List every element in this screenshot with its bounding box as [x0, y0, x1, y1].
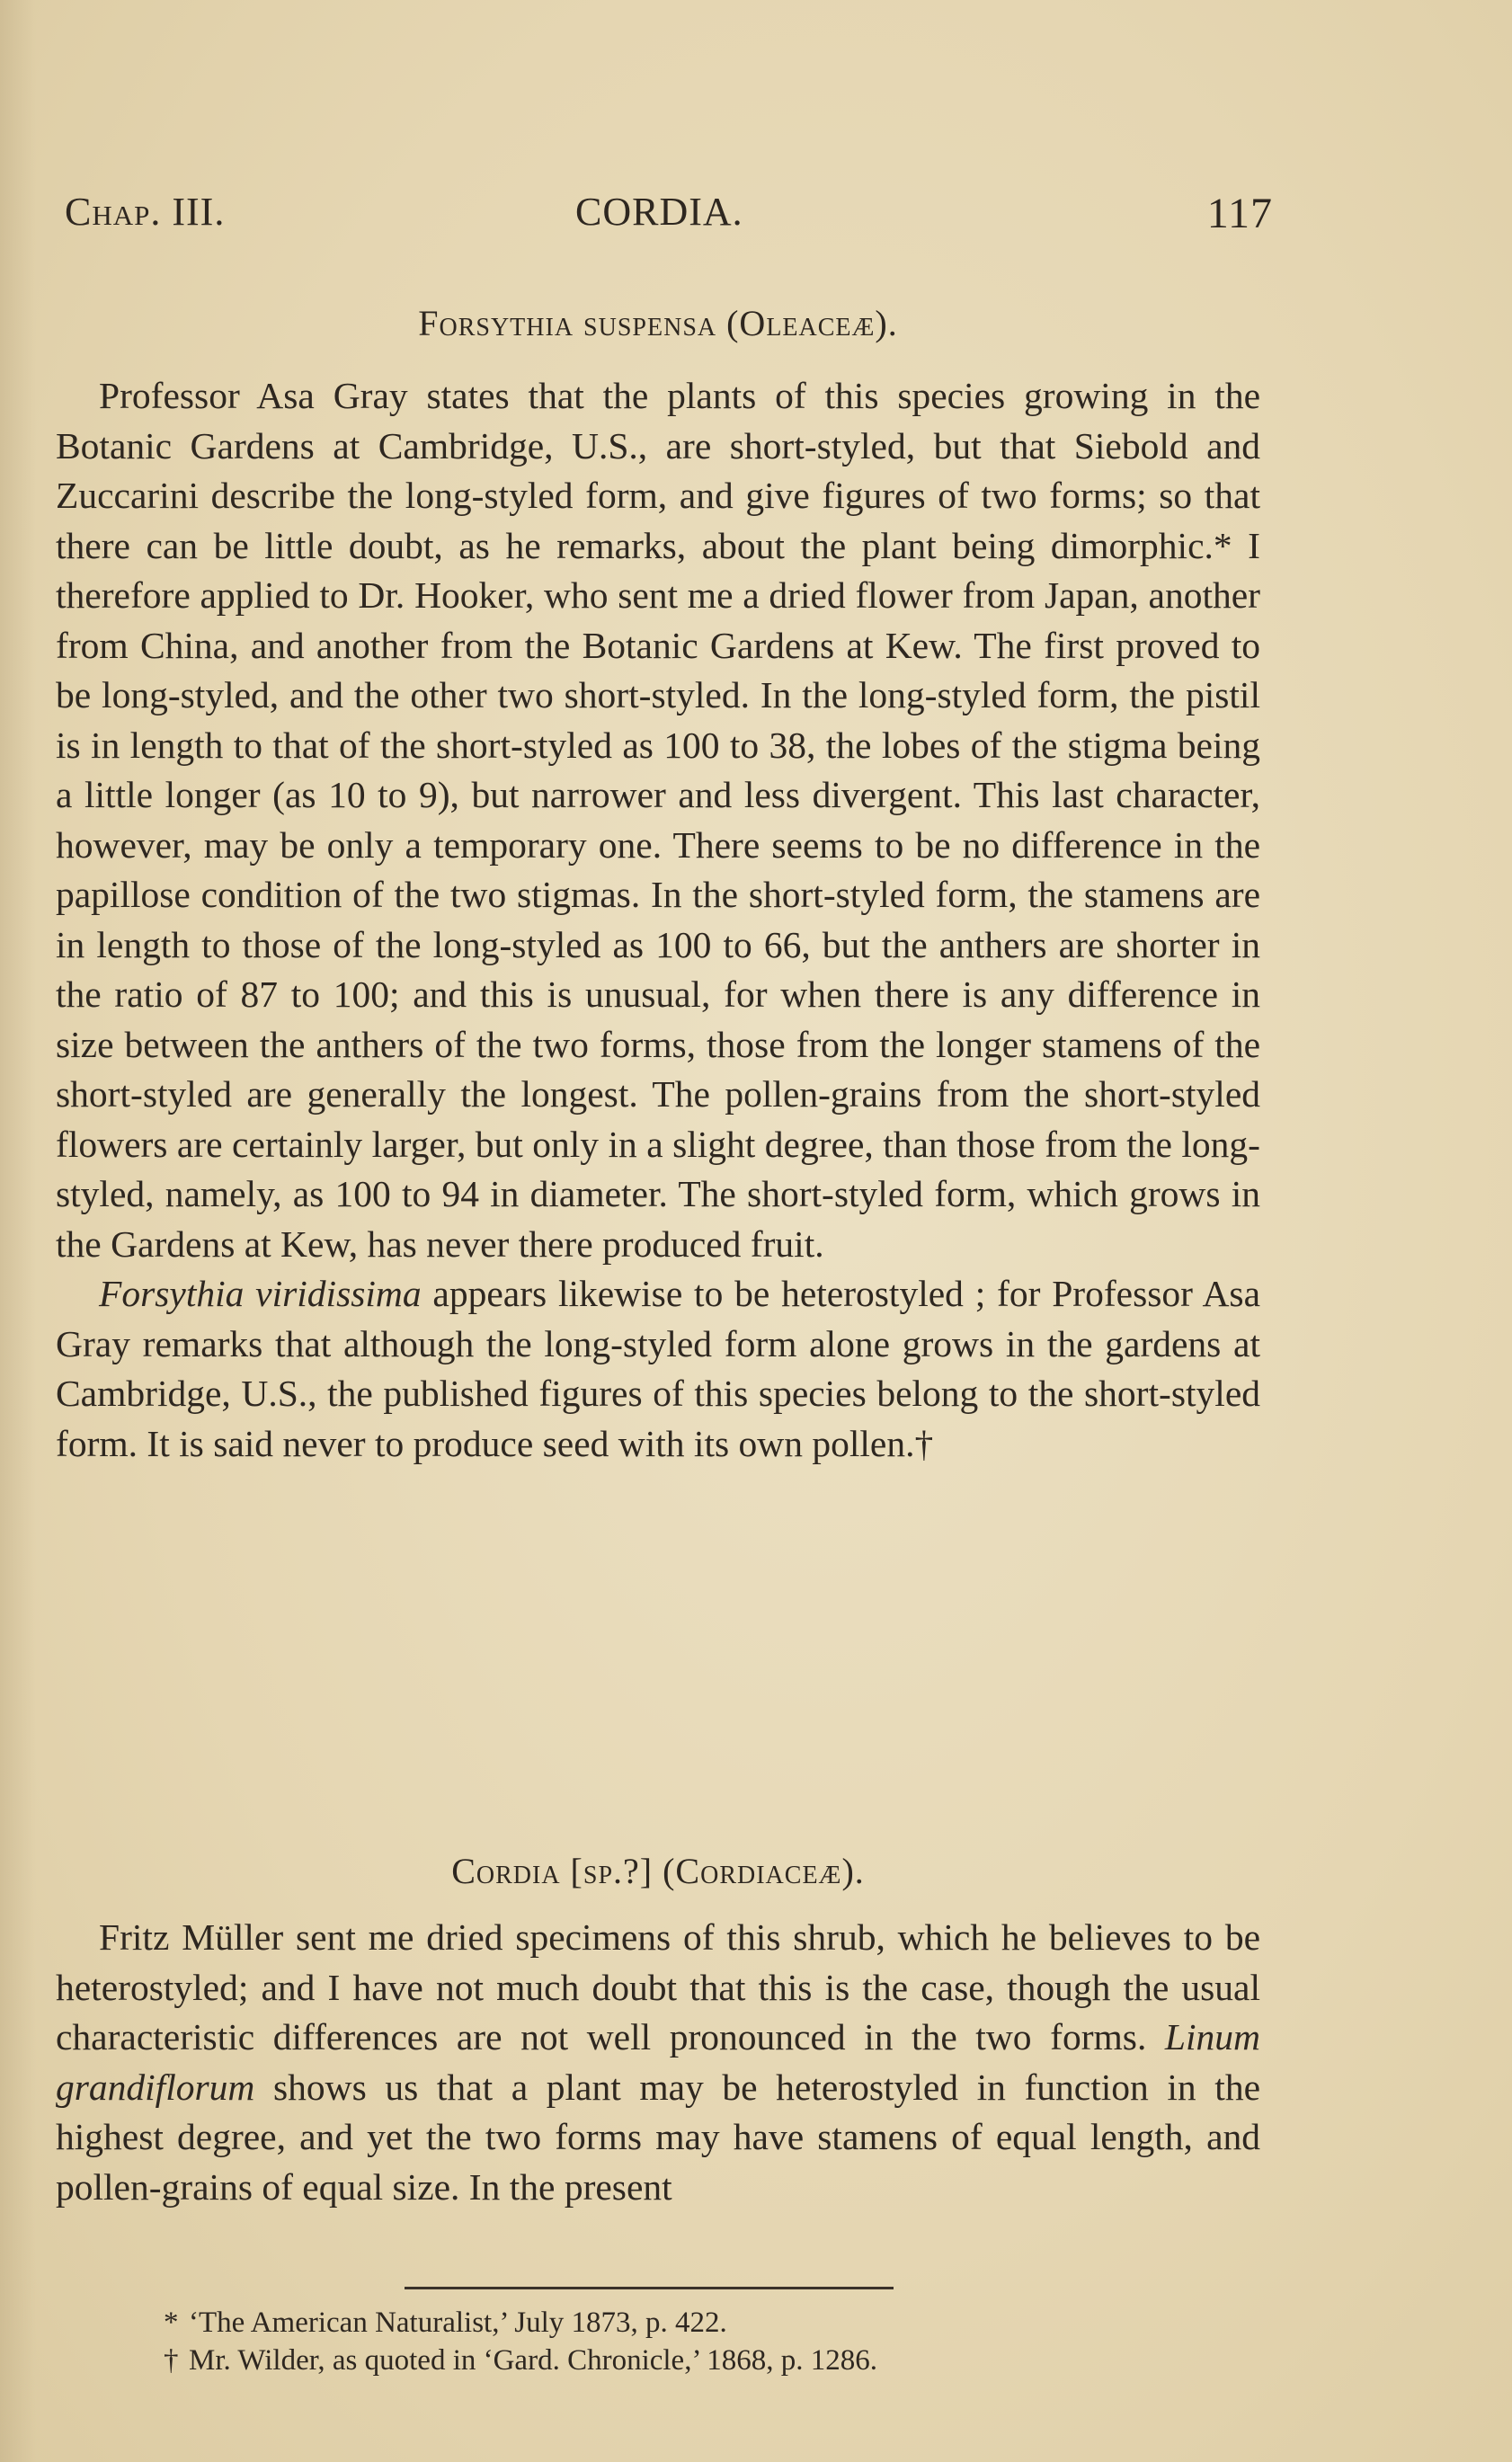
footnote-text: ‘The American Naturalist,’ July 1873, p.… — [189, 2306, 727, 2339]
paragraph-text: Professor Asa Gray states that the plant… — [56, 375, 1260, 1265]
paragraph: Professor Asa Gray states that the plant… — [56, 371, 1260, 1269]
footnote-marker: † — [164, 2342, 189, 2379]
footnote-divider — [405, 2287, 894, 2289]
footnote-marker: * — [164, 2304, 189, 2342]
section-body-forsythia: Professor Asa Gray states that the plant… — [56, 371, 1260, 1469]
page-number: 117 — [1207, 189, 1273, 238]
chapter-label: Chap. III. — [65, 189, 225, 235]
footnote: †Mr. Wilder, as quoted in ‘Gard. Chronic… — [164, 2342, 1242, 2379]
species-name: Forsythia viridissima — [99, 1273, 422, 1314]
footnote: *‘The American Naturalist,’ July 1873, p… — [164, 2304, 1242, 2342]
section-body-cordia: Fritz Müller sent me dried specimens of … — [56, 1913, 1260, 2212]
footnote-text: Mr. Wilder, as quoted in ‘Gard. Chronicl… — [189, 2344, 877, 2377]
running-title: CORDIA. — [575, 189, 743, 235]
paragraph: Fritz Müller sent me dried specimens of … — [56, 1913, 1260, 2212]
page-edge-shadow — [0, 0, 36, 2462]
section-title-forsythia: Forsythia suspensa (Oleaceæ). — [56, 302, 1260, 344]
paragraph-text: Fritz Müller sent me dried specimens of … — [56, 1916, 1260, 2058]
paragraph: Forsythia viridissima appears likewise t… — [56, 1269, 1260, 1469]
running-head: Chap. III. CORDIA. 117 — [56, 189, 1260, 243]
footnotes: *‘The American Naturalist,’ July 1873, p… — [164, 2304, 1242, 2379]
section-title-cordia: Cordia [sp.?] (Cordiaceæ). — [56, 1850, 1260, 1892]
